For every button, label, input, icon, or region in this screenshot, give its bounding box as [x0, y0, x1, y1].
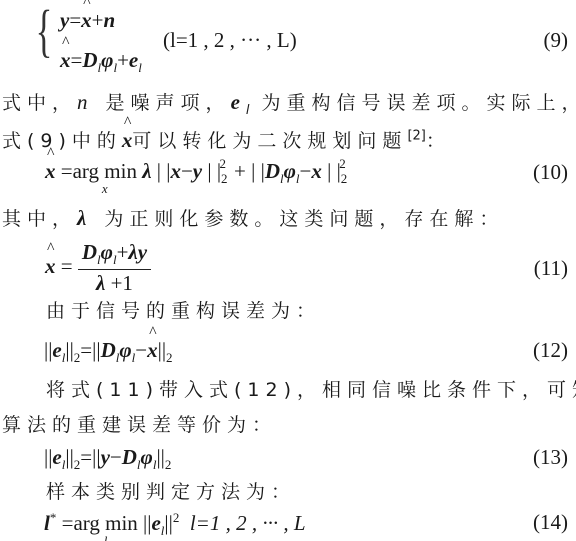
- eq12-body: ||el||2=||Dlφl−x||2: [44, 338, 173, 366]
- eq12-number: (12): [533, 338, 568, 363]
- paragraph-regularization: 其中，λ 为正则化参数。这类问题，存在解：: [2, 204, 504, 231]
- eq9-line2: x=Dlφl+el: [60, 48, 142, 76]
- eq11-number: (11): [534, 256, 568, 281]
- eq13-body: ||el||2=||y−Dlφl||2: [44, 445, 171, 473]
- paragraph-substitute-line2: 算法的重建误差等价为：: [2, 410, 277, 437]
- paragraph-reconstruction-error: 由于信号的重构误差为：: [46, 296, 321, 323]
- eq14-number: (14): [533, 510, 568, 535]
- paragraph-qp-transform: 式(9)中的x可以转化为二次规划问题[2]：: [2, 126, 451, 153]
- eq9-number: (9): [544, 28, 569, 53]
- eq13-number: (13): [533, 445, 568, 470]
- paragraph-classification: 样本类别判定方法为：: [46, 477, 296, 504]
- eq9-condition: (l=1 , 2 , ··· , L): [163, 28, 297, 53]
- paragraph-substitute-line1: 将式(11)带入式(12)，相同信噪比条件下，可知文中: [46, 375, 576, 402]
- eq11-fraction: Dlφl+λy λ +1: [78, 240, 151, 296]
- left-brace: {: [36, 2, 53, 60]
- paragraph-noise-term: 式中，n 是噪声项，el 为重构信号误差项。实际上，求解: [2, 88, 576, 118]
- eq11-body: x = Dlφl+λy λ +1: [45, 240, 151, 296]
- eq10-body: x =arg minx λ | |x−y | |22+ | |Dlφl−x | …: [45, 158, 354, 187]
- eq9-line1: y=x+n: [60, 8, 115, 33]
- eq14-body: l* =arg minl ||el||2 l=1 , 2 , ··· , L: [44, 510, 306, 539]
- eq10-number: (10): [533, 160, 568, 185]
